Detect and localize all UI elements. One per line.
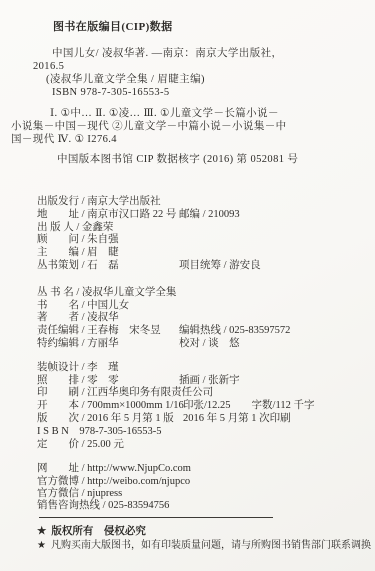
wechat-id: njupress <box>87 488 122 499</box>
sheets-wordcount-field: 印张/12.25 字数/112 千字 <box>183 400 314 413</box>
divider-line <box>39 517 273 518</box>
row-price: 定 价 / 25.00 元 <box>37 439 375 452</box>
field-separator: / <box>79 476 87 487</box>
field-label: I S B N <box>37 426 69 437</box>
field-label: 版 次 <box>37 413 79 424</box>
field-label: 著 者 <box>37 312 79 323</box>
field-value: 零 零 <box>87 375 119 386</box>
row-design: 装帧设计 / 李 瑾 <box>37 362 375 375</box>
row-weibo: 官方微博 / http://weibo.com/njupco <box>37 476 375 488</box>
footer-notices: ★版权所有 侵权必究 ★凡购买南大版图书，如有印装质量问题，请与所购图书销售部门… <box>37 525 375 554</box>
cip-series-line: (凌叔华儿童文学全集 / 眉睫主编) <box>46 73 375 86</box>
star-icon: ★ <box>37 540 46 551</box>
row-book-title: 书 名 / 中国儿女 <box>37 300 375 313</box>
field-label: 定 价 <box>37 439 79 450</box>
quality-notice-line: ★凡购买南大版图书，如有印装质量问题，请与所购图书销售部门联系调换 <box>37 539 375 554</box>
field-label: 开 本 <box>37 400 79 411</box>
cip-classification-line-2: 小说集－中国－现代 ②儿童文学－中篇小说－小说集－中 <box>11 120 375 133</box>
row-advisor: 顾 问 / 朱自强 <box>37 234 375 247</box>
row-printing: 印 刷 / 江西华奥印务有限责任公司 <box>37 387 375 400</box>
field-separator: / <box>100 500 108 511</box>
row-sales-hotline: 销售咨询热线 / 025-83594756 <box>37 500 375 512</box>
field-label: 出 版 人 <box>37 222 74 233</box>
field-label: 丛书策划 <box>37 260 79 271</box>
row-edition: 版 次 / 2016 年 5 月第 1 版 2016 年 5 月第 1 次印刷 <box>37 413 375 426</box>
field-value: 中国儿女 <box>87 300 129 311</box>
weibo-url: http://weibo.com/njupco <box>87 476 190 487</box>
field-label: 出版发行 <box>37 196 79 207</box>
field-label: 网 址 <box>37 463 79 474</box>
production-block: 装帧设计 / 李 瑾 照 排 / 零 零 插画 / 张新宇 印 刷 / 江西华奥… <box>37 362 375 452</box>
project-coordinator-field: 项目统筹 / 游安良 <box>179 260 261 273</box>
field-value: 方丽华 <box>87 338 119 349</box>
field-separator <box>69 426 80 437</box>
row-format: 开 本 / 700mm×1000mm 1/16 印张/12.25 字数/112 … <box>37 400 375 413</box>
field-separator: / <box>74 222 82 233</box>
contact-block: 网 址 / http://www.NjupCo.com 官方微博 / http:… <box>37 463 375 512</box>
star-icon: ★ <box>37 526 46 537</box>
illustration-field: 插画 / 张新宇 <box>179 375 240 388</box>
row-address: 地 址 / 南京市汉口路 22 号 邮编 / 210093 <box>37 209 375 222</box>
field-label: 印 刷 <box>37 387 79 398</box>
sales-hotline-number: 025-83594756 <box>108 500 169 511</box>
field-label: 地 址 <box>37 209 79 220</box>
field-separator: / <box>74 287 82 298</box>
cip-header: 图书在版编目(CIP)数据 <box>53 21 375 34</box>
impression-field: 2016 年 5 月第 1 次印刷 <box>183 413 291 426</box>
field-separator: / <box>79 209 87 220</box>
row-chief-editor: 主 编 / 眉 睫 <box>37 247 375 260</box>
field-value: 凌叔华儿童文学全集 <box>82 287 177 298</box>
row-publisher: 出版发行 / 南京大学出版社 <box>37 196 375 209</box>
field-separator: / <box>79 439 87 450</box>
cip-isbn-line: ISBN 978-7-305-16553-5 <box>52 86 375 99</box>
row-series-planner: 丛书策划 / 石 磊 项目统筹 / 游安良 <box>37 260 375 273</box>
cip-record-line: 中国版本图书馆 CIP 数据核字 (2016) 第 052081 号 <box>57 153 375 166</box>
field-separator: / <box>79 338 87 349</box>
field-value: 978-7-305-16553-5 <box>79 426 161 437</box>
field-value: 朱自强 <box>87 234 119 245</box>
field-label: 主 编 <box>37 247 79 258</box>
cip-block: 图书在版编目(CIP)数据 中国儿女/ 凌叔华著. —南京：南京大学出版社， 2… <box>37 21 375 166</box>
editorial-hotline-field: 编辑热线 / 025-83597572 <box>179 325 290 338</box>
row-series-name: 丛 书 名 / 凌叔华儿童文学全集 <box>37 287 375 300</box>
field-separator: / <box>79 312 87 323</box>
field-separator: / <box>79 196 87 207</box>
field-value: 王春梅 宋冬昱 <box>87 325 161 336</box>
field-separator: / <box>79 300 87 311</box>
field-separator: / <box>79 400 87 411</box>
book-copyright-page: 图书在版编目(CIP)数据 中国儿女/ 凌叔华著. —南京：南京大学出版社， 2… <box>0 0 375 571</box>
field-value: 南京大学出版社 <box>87 196 161 207</box>
field-value: 石 磊 <box>87 260 119 271</box>
field-value: 2016 年 5 月第 1 版 <box>87 413 174 424</box>
field-label: 官方微博 <box>37 476 79 487</box>
row-typesetting: 照 排 / 零 零 插画 / 张新宇 <box>37 375 375 388</box>
field-separator: / <box>79 260 87 271</box>
field-separator: / <box>79 325 87 336</box>
field-label: 官方微信 <box>37 488 79 499</box>
field-label: 责任编辑 <box>37 325 79 336</box>
copyright-notice-text: 版权所有 侵权必究 <box>51 526 146 537</box>
field-value: 金鑫荣 <box>82 222 114 233</box>
field-value: 李 瑾 <box>87 362 119 373</box>
row-responsible-editor: 责任编辑 / 王春梅 宋冬昱 编辑热线 / 025-83597572 <box>37 325 375 338</box>
row-website: 网 址 / http://www.NjupCo.com <box>37 463 375 475</box>
field-separator: / <box>79 387 87 398</box>
field-separator: / <box>79 247 87 258</box>
website-url: http://www.NjupCo.com <box>87 463 191 474</box>
field-label: 照 排 <box>37 375 79 386</box>
copyright-notice-line: ★版权所有 侵权必究 <box>37 525 375 540</box>
field-separator: / <box>79 463 87 474</box>
field-label: 顾 问 <box>37 234 79 245</box>
quality-notice-text: 凡购买南大版图书，如有印装质量问题，请与所购图书销售部门联系调换 <box>51 540 371 551</box>
field-value: 江西华奥印务有限责任公司 <box>87 387 213 398</box>
field-value: 700mm×1000mm 1/16 <box>87 400 184 411</box>
field-value: 南京市汉口路 22 号 <box>87 209 176 220</box>
field-value: 25.00 元 <box>87 439 124 450</box>
field-separator: / <box>79 375 87 386</box>
field-separator: / <box>79 413 87 424</box>
field-separator: / <box>79 488 87 499</box>
proofreader-field: 校对 / 谈 悠 <box>179 338 240 351</box>
field-label: 丛 书 名 <box>37 287 74 298</box>
cip-classification-line-3: 国－现代 Ⅳ. ① I276.4 <box>11 133 375 146</box>
book-block: 丛 书 名 / 凌叔华儿童文学全集 书 名 / 中国儿女 著 者 / 凌叔华 责… <box>37 287 375 351</box>
row-publisher-person: 出 版 人 / 金鑫荣 <box>37 222 375 235</box>
field-value: 凌叔华 <box>87 312 119 323</box>
field-label: 销售咨询热线 <box>37 500 100 511</box>
field-separator: / <box>79 362 87 373</box>
field-label: 书 名 <box>37 300 79 311</box>
cip-year-line: 2016.5 <box>33 60 375 73</box>
field-separator: / <box>79 234 87 245</box>
row-isbn: I S B N 978-7-305-16553-5 <box>37 426 375 439</box>
field-value: 眉 睫 <box>87 247 119 258</box>
postcode-field: 邮编 / 210093 <box>179 209 240 222</box>
field-label: 特约编辑 <box>37 338 79 349</box>
publisher-block: 出版发行 / 南京大学出版社 地 址 / 南京市汉口路 22 号 邮编 / 21… <box>37 196 375 273</box>
cip-title-line: 中国儿女/ 凌叔华著. —南京：南京大学出版社， <box>52 47 375 60</box>
row-wechat: 官方微信 / njupress <box>37 488 375 500</box>
row-author: 著 者 / 凌叔华 <box>37 312 375 325</box>
row-contributing-editor: 特约编辑 / 方丽华 校对 / 谈 悠 <box>37 338 375 351</box>
cip-classification-line-1: Ⅰ. ①中… Ⅱ. ①凌… Ⅲ. ①儿童文学－长篇小说－ <box>50 107 375 120</box>
field-label: 装帧设计 <box>37 362 79 373</box>
